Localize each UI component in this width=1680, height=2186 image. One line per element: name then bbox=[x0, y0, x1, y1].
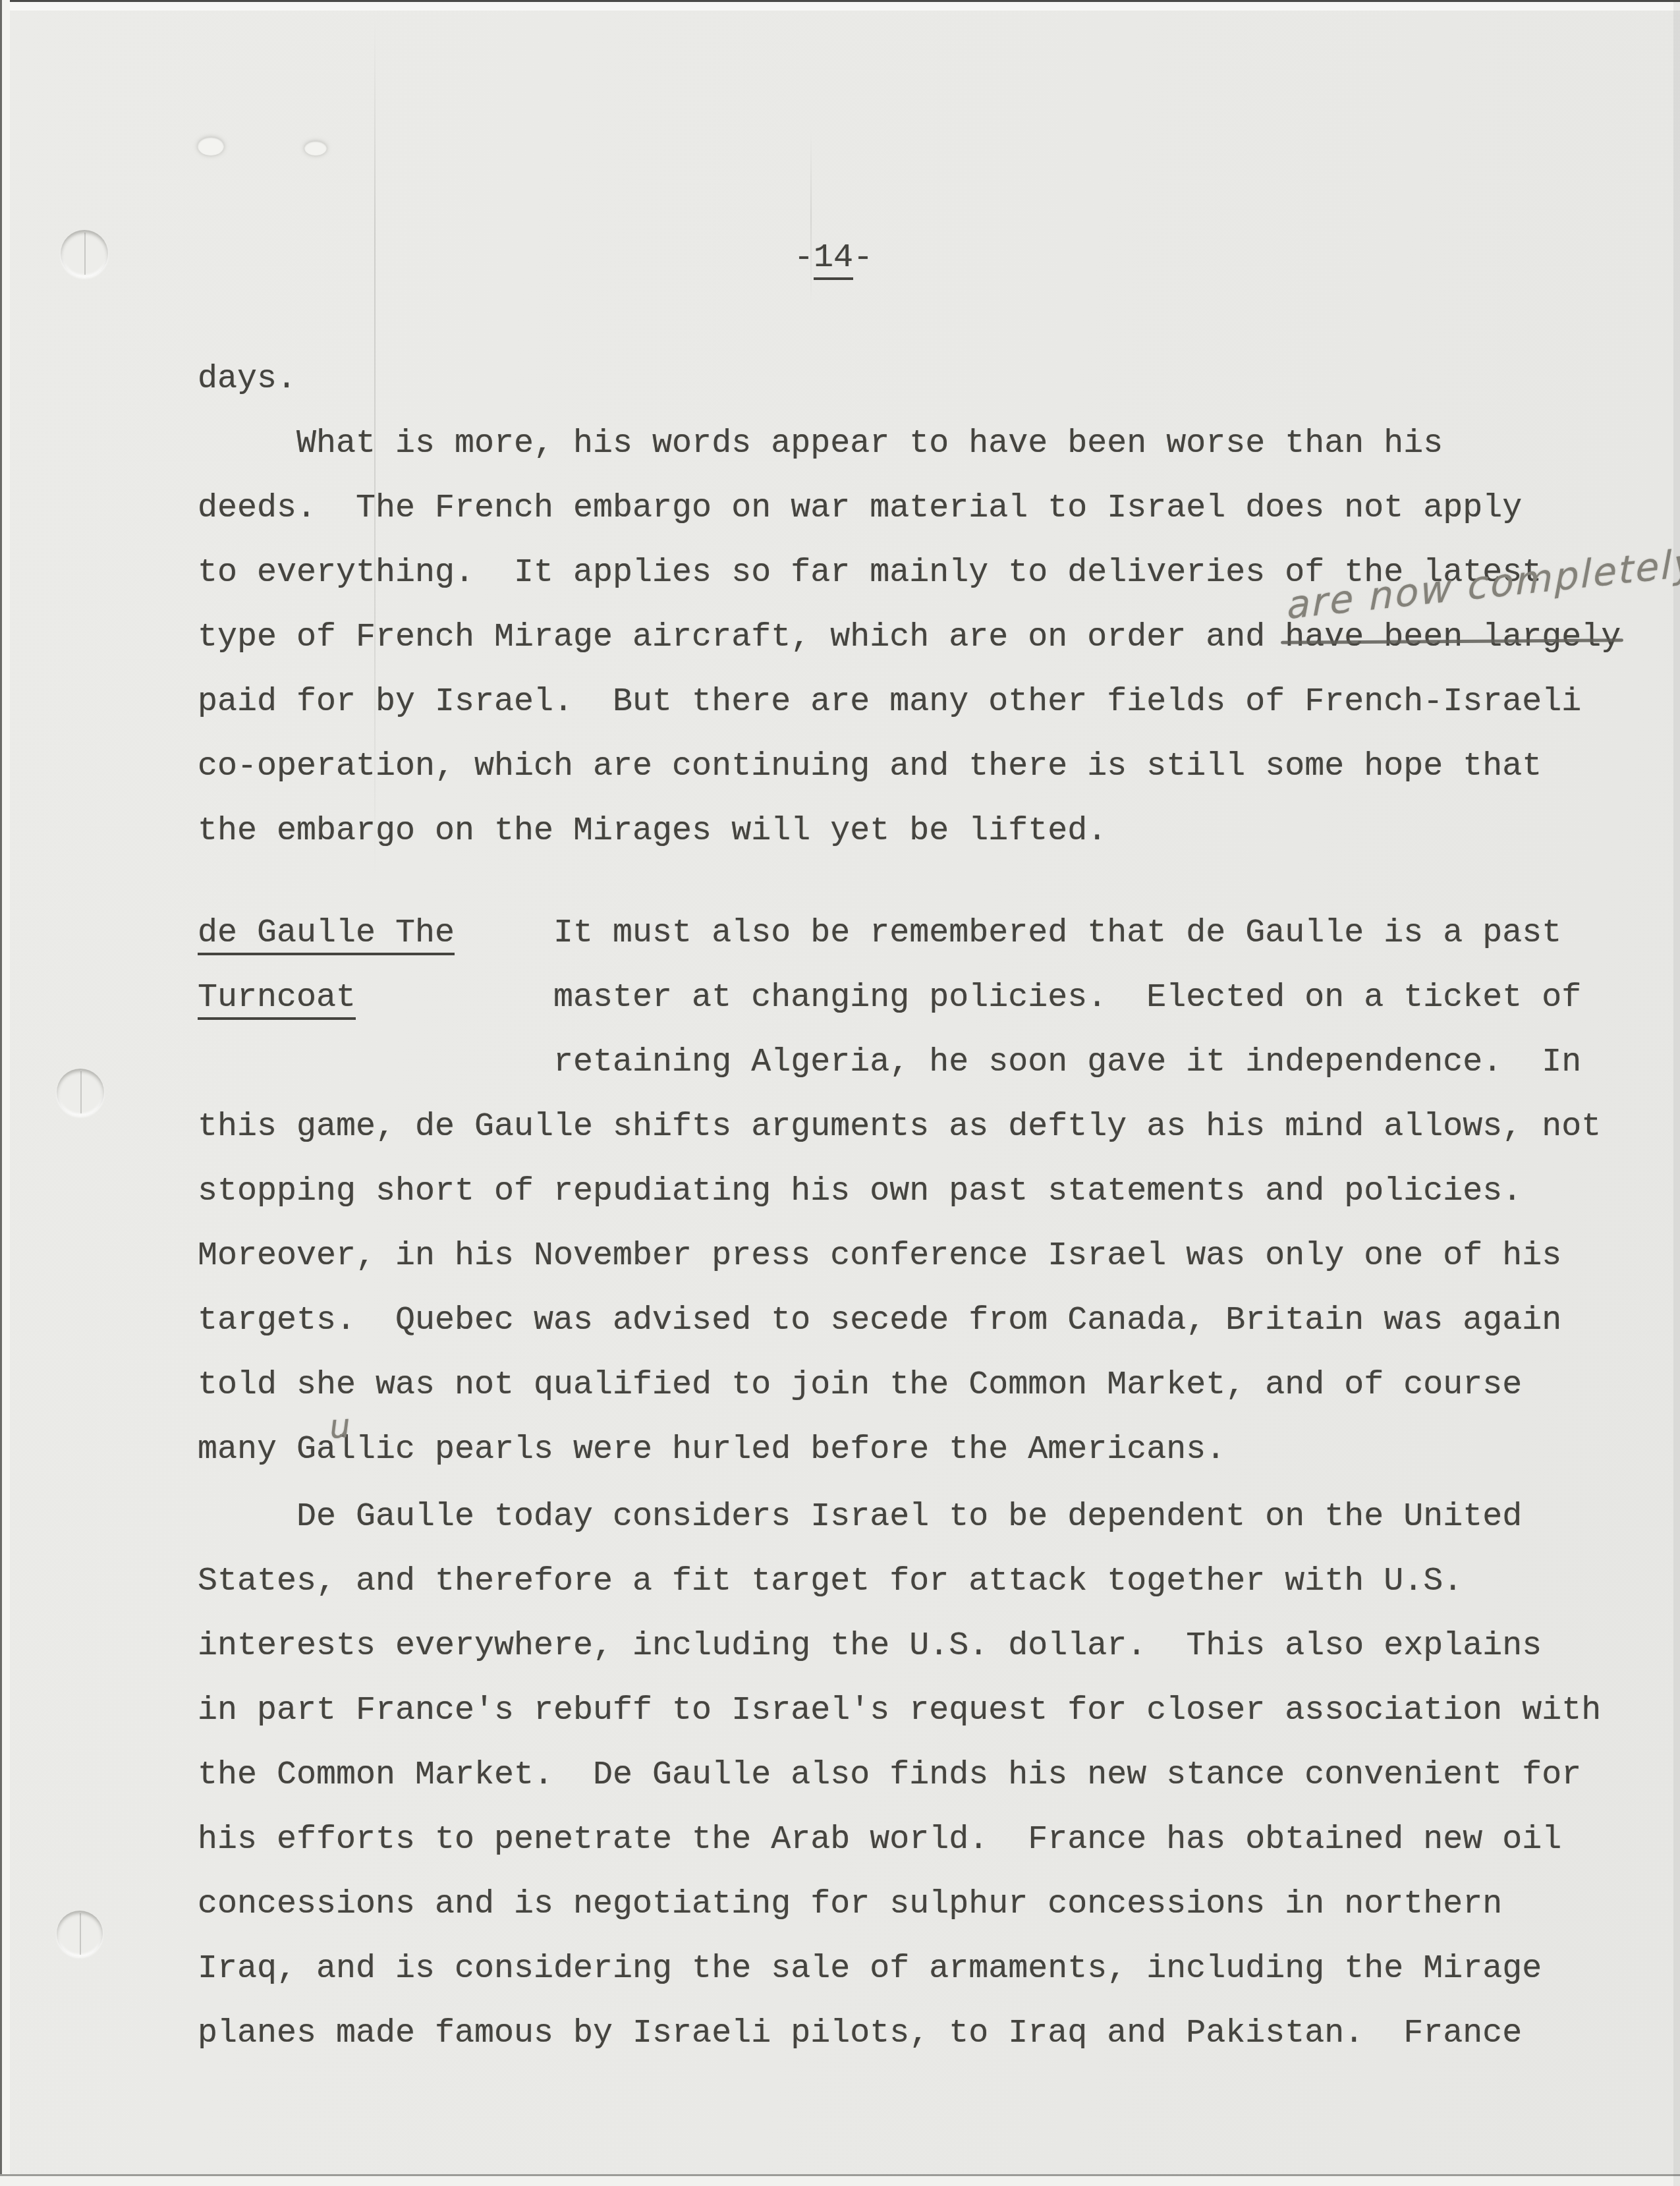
page-number-digits: 14 bbox=[814, 239, 853, 280]
paragraph-degaulle-today: De Gaulle today considers Israel to be d… bbox=[198, 1485, 1601, 2066]
smudge-mark bbox=[198, 137, 224, 155]
punch-hole bbox=[57, 1069, 104, 1116]
page-number-dash-left: - bbox=[794, 239, 814, 277]
pencil-insertion: u bbox=[328, 1407, 352, 1446]
paper-edge-top bbox=[0, 2, 1680, 11]
page-number: -14- bbox=[794, 238, 873, 280]
scanned-page: -14- days. What is more, his words appea… bbox=[0, 0, 1680, 2186]
page-number-dash-right: - bbox=[853, 239, 873, 277]
paper-edge-left bbox=[2, 0, 10, 2186]
paragraph-days: days. bbox=[198, 347, 296, 412]
paragraph-turncoat: It must also be remembered that de Gaull… bbox=[198, 901, 1601, 1482]
punch-hole bbox=[61, 230, 108, 277]
struck-text: have been largely bbox=[1285, 619, 1621, 656]
paragraph-embargo: What is more, his words appear to have b… bbox=[198, 412, 1621, 864]
paper-edge-right bbox=[1673, 0, 1680, 2186]
smudge-mark bbox=[304, 141, 327, 155]
paragraph-embargo-text-after: paid for by Israel. But there are many o… bbox=[198, 683, 1581, 850]
scan-edge-bottom bbox=[0, 2176, 1680, 2186]
punch-hole bbox=[57, 1911, 103, 1957]
